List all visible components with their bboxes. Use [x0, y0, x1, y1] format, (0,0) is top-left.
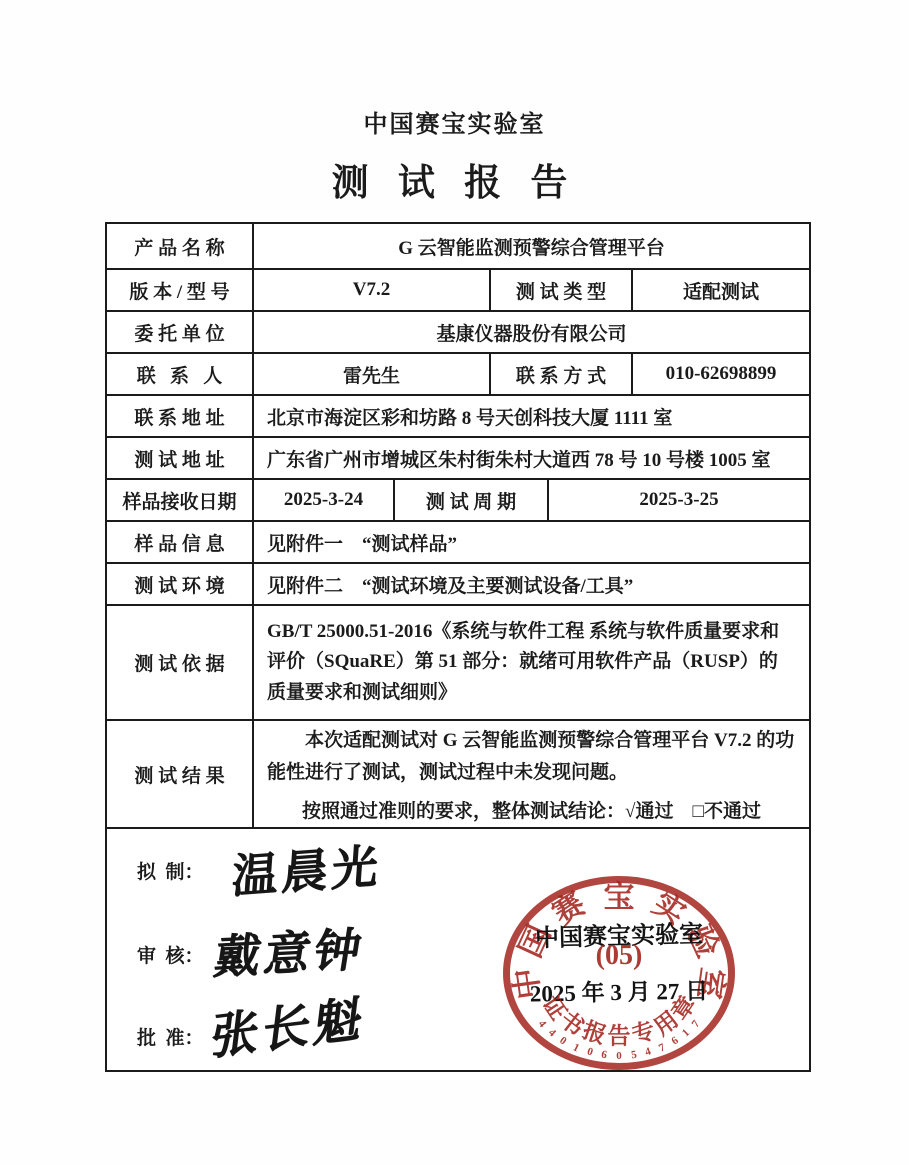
test-basis-text: GB/T 25000.51-2016《系统与软件工程 系统与软件质量要求和评价（…	[267, 617, 796, 708]
report-title: 测 试 报 告	[0, 152, 909, 206]
stamp-date-text: 2025 年 3 月 27 日	[503, 972, 736, 1009]
table-row-test-result: 测 试 结 果 本次适配测试对 G 云智能监测预警综合管理平台 V7.2 的功能…	[107, 719, 809, 827]
sample-info-value: 见附件一 “测试样品”	[252, 522, 809, 562]
test-address-value: 广东省广州市增城区朱村街朱村大道西 78 号 10 号楼 1005 室	[252, 438, 809, 478]
test-result-label: 测 试 结 果	[107, 721, 252, 827]
approved-by-label: 批 准：	[137, 1023, 204, 1050]
test-period-value: 2025-3-25	[547, 480, 809, 520]
table-row-contact: 联 系 人 雷先生 联 系 方 式 010-62698899	[107, 352, 809, 394]
reviewed-by-signature: 戴意钟	[210, 913, 370, 987]
product-name-value: G 云智能监测预警综合管理平台	[252, 224, 809, 268]
table-row-client: 委 托 单 位 基康仪器股份有限公司	[107, 310, 809, 352]
contact-person-value: 雷先生	[252, 354, 489, 394]
organization-title: 中国赛宝实验室	[0, 104, 909, 139]
test-basis-label: 测 试 依 据	[107, 606, 252, 719]
stamp-number-05: (05)	[503, 940, 735, 972]
table-row-product: 产 品 名 称 G 云智能监测预警综合管理平台	[107, 224, 809, 268]
test-period-label: 测 试 周 期	[393, 480, 547, 520]
table-row-sample-info: 样 品 信 息 见附件一 “测试样品”	[107, 520, 809, 562]
table-row-version: 版 本 / 型 号 V7.2 测 试 类 型 适配测试	[107, 268, 809, 310]
test-result-conclusion: 按照通过准则的要求，整体测试结论：√通过 □不通过	[267, 796, 796, 823]
test-env-value: 见附件二 “测试环境及主要测试设备/工具”	[252, 564, 809, 604]
sample-receive-date-value: 2025-3-24	[252, 480, 393, 520]
contact-method-value: 010-62698899	[631, 354, 809, 394]
table-row-test-address: 测 试 地 址 广东省广州市增城区朱村街朱村大道西 78 号 10 号楼 100…	[107, 436, 809, 478]
table-row-test-basis: 测 试 依 据 GB/T 25000.51-2016《系统与软件工程 系统与软件…	[107, 604, 809, 719]
test-type-label: 测 试 类 型	[489, 270, 631, 310]
prepared-by-signature: 温晨光	[230, 830, 384, 907]
table-row-test-env: 测 试 环 境 见附件二 “测试环境及主要测试设备/工具”	[107, 562, 809, 604]
sample-receive-date-label: 样品接收日期	[107, 480, 252, 520]
client-value: 基康仪器股份有限公司	[252, 312, 809, 352]
contact-method-label: 联 系 方 式	[489, 354, 631, 394]
product-name-label: 产 品 名 称	[107, 224, 252, 268]
approved-by-signature: 张长魁	[207, 979, 371, 1069]
contact-person-label: 联 系 人	[107, 354, 252, 394]
version-value: V7.2	[252, 270, 489, 310]
test-basis-value: GB/T 25000.51-2016《系统与软件工程 系统与软件质量要求和评价（…	[252, 606, 809, 719]
prepared-by-label: 拟 制：	[137, 857, 204, 884]
contact-address-label: 联 系 地 址	[107, 396, 252, 436]
stamp-char: 5	[630, 1049, 637, 1062]
table-row-contact-address: 联 系 地 址 北京市海淀区彩和坊路 8 号天创科技大厦 1111 室	[107, 394, 809, 436]
test-address-label: 测 试 地 址	[107, 438, 252, 478]
test-type-value: 适配测试	[631, 270, 809, 310]
test-env-label: 测 试 环 境	[107, 564, 252, 604]
contact-address-value: 北京市海淀区彩和坊路 8 号天创科技大厦 1111 室	[252, 396, 809, 436]
test-result-value: 本次适配测试对 G 云智能监测预警综合管理平台 V7.2 的功能性进行了测试，测…	[252, 721, 809, 827]
table-row-dates: 样品接收日期 2025-3-24 测 试 周 期 2025-3-25	[107, 478, 809, 520]
official-stamp: 中国赛宝实验室 中国赛宝实验室 (05) 2025 年 3 月 27 日 证书报…	[503, 876, 735, 1070]
test-report-page: 中国赛宝实验室 测 试 报 告 产 品 名 称 G 云智能监测预警综合管理平台 …	[0, 0, 909, 1165]
stamp-char: 宝	[604, 872, 635, 917]
version-label: 版 本 / 型 号	[107, 270, 252, 310]
sample-info-label: 样 品 信 息	[107, 522, 252, 562]
test-result-paragraph: 本次适配测试对 G 云智能监测预警综合管理平台 V7.2 的功能性进行了测试，测…	[267, 725, 796, 788]
reviewed-by-label: 审 核：	[137, 941, 204, 968]
stamp-char: 0	[616, 1050, 622, 1062]
client-label: 委 托 单 位	[107, 312, 252, 352]
